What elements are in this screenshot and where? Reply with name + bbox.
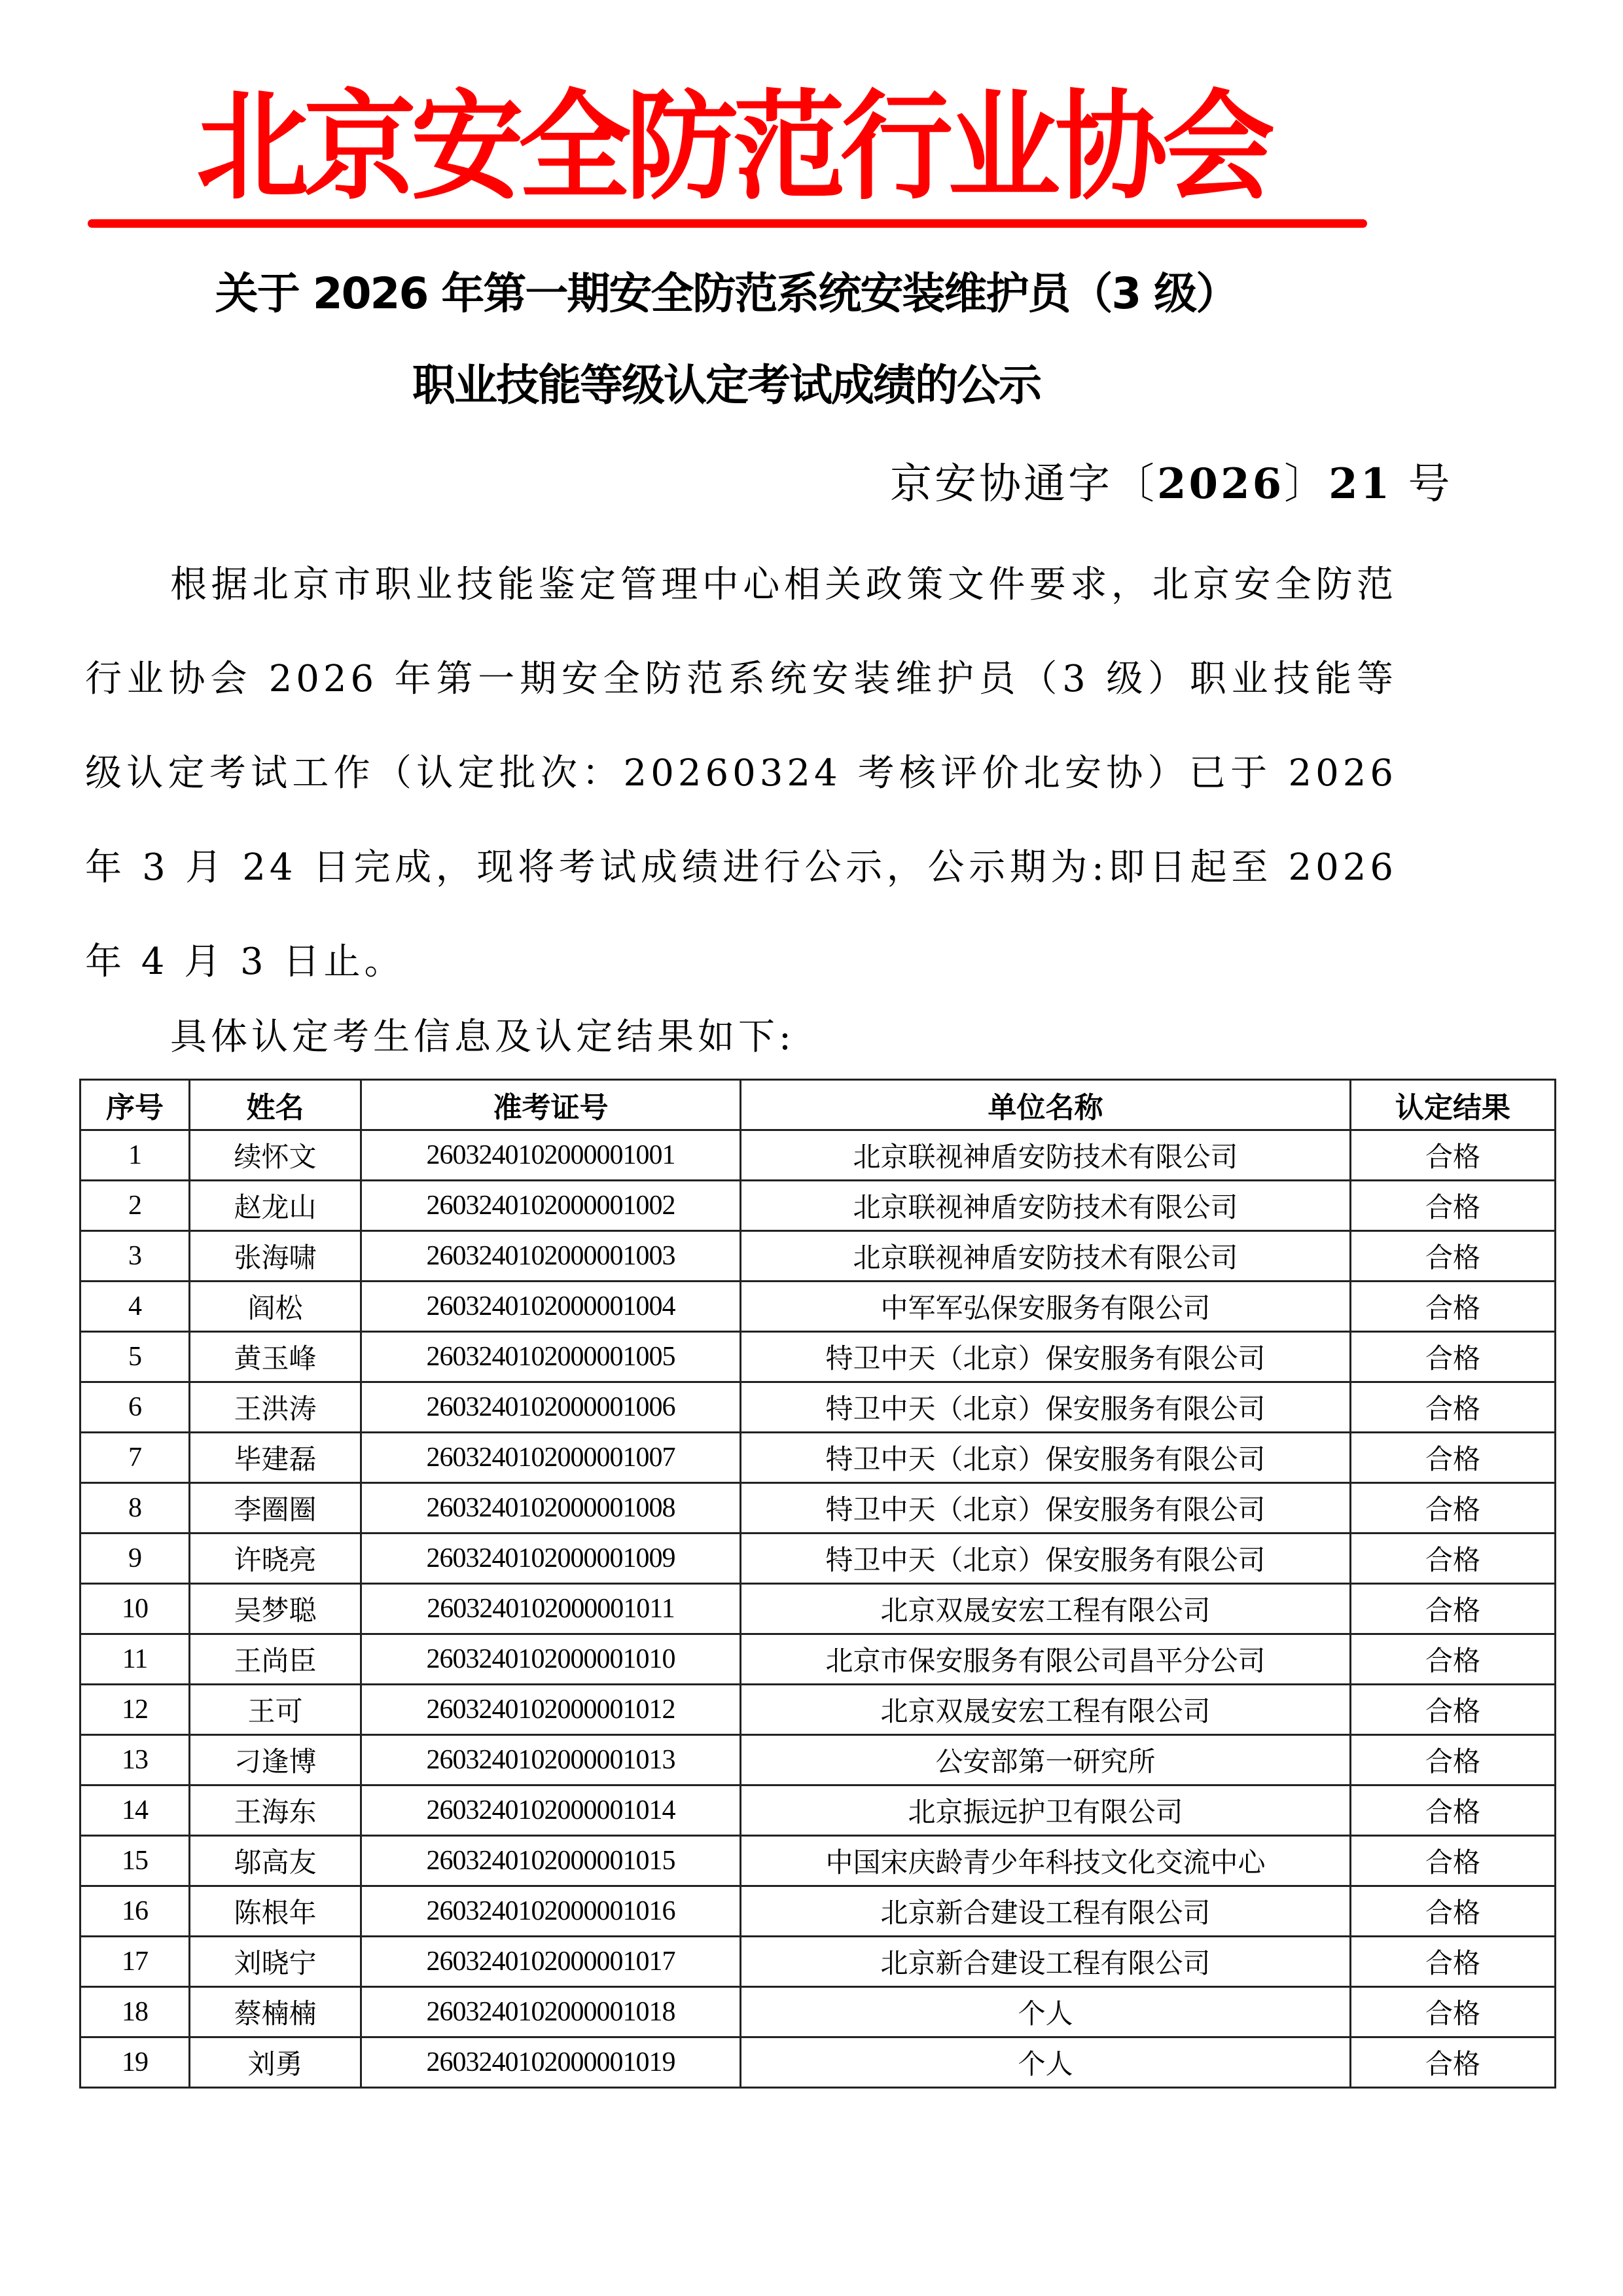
cell-result: 合格 bbox=[1351, 1634, 1556, 1685]
cell-result: 合格 bbox=[1351, 1332, 1556, 1382]
cell-organization: 北京双晟安宏工程有限公司 bbox=[741, 1685, 1351, 1735]
cell-result: 合格 bbox=[1351, 1382, 1556, 1433]
table-row: 7毕建磊2603240102000001007特卫中天（北京）保安服务有限公司合… bbox=[80, 1433, 1556, 1483]
col-header-result: 认定结果 bbox=[1351, 1080, 1556, 1130]
cell-index: 11 bbox=[80, 1634, 190, 1685]
cell-name: 王可 bbox=[190, 1685, 361, 1735]
cell-exam-id: 2603240102000001002 bbox=[361, 1181, 741, 1231]
cell-organization: 北京联视神盾安防技术有限公司 bbox=[741, 1181, 1351, 1231]
cell-result: 合格 bbox=[1351, 1231, 1556, 1282]
cell-organization: 中国宋庆龄青少年科技文化交流中心 bbox=[741, 1836, 1351, 1886]
cell-exam-id: 2603240102000001015 bbox=[361, 1836, 741, 1886]
cell-index: 6 bbox=[80, 1382, 190, 1433]
cell-result: 合格 bbox=[1351, 1483, 1556, 1534]
cell-organization: 特卫中天（北京）保安服务有限公司 bbox=[741, 1534, 1351, 1584]
cell-index: 19 bbox=[80, 2037, 190, 2088]
cell-result: 合格 bbox=[1351, 1987, 1556, 2037]
doc-number-value: 21 bbox=[1329, 459, 1392, 509]
cell-organization: 北京市保安服务有限公司昌平分公司 bbox=[741, 1634, 1351, 1685]
cell-result: 合格 bbox=[1351, 1534, 1556, 1584]
cell-index: 16 bbox=[80, 1886, 190, 1937]
cell-name: 陈根年 bbox=[190, 1886, 361, 1937]
cell-organization: 北京双晟安宏工程有限公司 bbox=[741, 1584, 1351, 1634]
results-table: 序号 姓名 准考证号 单位名称 认定结果 1续怀文260324010200000… bbox=[79, 1079, 1556, 2089]
cell-name: 许晓亮 bbox=[190, 1534, 361, 1584]
cell-name: 刘晓宁 bbox=[190, 1937, 361, 1987]
notice-title-line-1: 关于 2026 年第一期安全防范系统安装维护员（3 级） bbox=[0, 259, 1538, 321]
cell-organization: 特卫中天（北京）保安服务有限公司 bbox=[741, 1483, 1351, 1534]
table-row: 19刘勇2603240102000001019个人合格 bbox=[80, 2037, 1556, 2088]
doc-number-year: 2026 bbox=[1157, 459, 1284, 509]
cell-index: 13 bbox=[80, 1735, 190, 1785]
cell-result: 合格 bbox=[1351, 1181, 1556, 1231]
cell-index: 17 bbox=[80, 1937, 190, 1987]
cell-result: 合格 bbox=[1351, 1282, 1556, 1332]
cell-name: 续怀文 bbox=[190, 1130, 361, 1181]
cell-organization: 北京联视神盾安防技术有限公司 bbox=[741, 1130, 1351, 1181]
table-row: 3张海啸2603240102000001003北京联视神盾安防技术有限公司合格 bbox=[80, 1231, 1556, 1282]
table-row: 8李圈圈2603240102000001008特卫中天（北京）保安服务有限公司合… bbox=[80, 1483, 1556, 1534]
cell-exam-id: 2603240102000001001 bbox=[361, 1130, 741, 1181]
table-row: 14王海东2603240102000001014北京振远护卫有限公司合格 bbox=[80, 1785, 1556, 1836]
cell-exam-id: 2603240102000001008 bbox=[361, 1483, 741, 1534]
table-row: 17刘晓宁2603240102000001017北京新合建设工程有限公司合格 bbox=[80, 1937, 1556, 1987]
cell-result: 合格 bbox=[1351, 1130, 1556, 1181]
cell-organization: 个人 bbox=[741, 1987, 1351, 2037]
cell-exam-id: 2603240102000001013 bbox=[361, 1735, 741, 1785]
cell-index: 7 bbox=[80, 1433, 190, 1483]
cell-exam-id: 2603240102000001003 bbox=[361, 1231, 741, 1282]
cell-exam-id: 2603240102000001019 bbox=[361, 2037, 741, 2088]
doc-number-bracket: 〕 bbox=[1284, 460, 1329, 509]
cell-exam-id: 2603240102000001016 bbox=[361, 1886, 741, 1937]
cell-index: 14 bbox=[80, 1785, 190, 1836]
cell-result: 合格 bbox=[1351, 1584, 1556, 1634]
cell-index: 9 bbox=[80, 1534, 190, 1584]
table-row: 13刁逢博2603240102000001013公安部第一研究所合格 bbox=[80, 1735, 1556, 1785]
table-intro: 具体认定考生信息及认定结果如下: bbox=[170, 1008, 795, 1060]
cell-name: 毕建磊 bbox=[190, 1433, 361, 1483]
cell-index: 15 bbox=[80, 1836, 190, 1886]
cell-exam-id: 2603240102000001018 bbox=[361, 1987, 741, 2037]
notice-title-line-2: 职业技能等级认定考试成绩的公示 bbox=[0, 350, 1538, 412]
document-number: 京安协通字〔2026〕21 号 bbox=[890, 450, 1400, 511]
cell-result: 合格 bbox=[1351, 1937, 1556, 1987]
cell-name: 吴梦聪 bbox=[190, 1584, 361, 1634]
doc-number-suffix: 号 bbox=[1392, 460, 1452, 509]
cell-exam-id: 2603240102000001017 bbox=[361, 1937, 741, 1987]
cell-name: 张海啸 bbox=[190, 1231, 361, 1282]
cell-result: 合格 bbox=[1351, 1785, 1556, 1836]
table-row: 12王可2603240102000001012北京双晟安宏工程有限公司合格 bbox=[80, 1685, 1556, 1735]
cell-organization: 特卫中天（北京）保安服务有限公司 bbox=[741, 1332, 1351, 1382]
cell-name: 阎松 bbox=[190, 1282, 361, 1332]
table-body: 1续怀文2603240102000001001北京联视神盾安防技术有限公司合格2… bbox=[80, 1130, 1556, 2088]
notice-body: 根据北京市职业技能鉴定管理中心相关政策文件要求，北京安全防范行业协会 2026 … bbox=[85, 538, 1397, 1009]
cell-result: 合格 bbox=[1351, 1735, 1556, 1785]
cell-index: 5 bbox=[80, 1332, 190, 1382]
cell-organization: 特卫中天（北京）保安服务有限公司 bbox=[741, 1382, 1351, 1433]
cell-organization: 北京新合建设工程有限公司 bbox=[741, 1937, 1351, 1987]
col-header-exam-id: 准考证号 bbox=[361, 1080, 741, 1130]
cell-exam-id: 2603240102000001011 bbox=[361, 1584, 741, 1634]
table-row: 15邬高友2603240102000001015中国宋庆龄青少年科技文化交流中心… bbox=[80, 1836, 1556, 1886]
cell-exam-id: 2603240102000001007 bbox=[361, 1433, 741, 1483]
cell-index: 3 bbox=[80, 1231, 190, 1282]
cell-name: 李圈圈 bbox=[190, 1483, 361, 1534]
cell-name: 刘勇 bbox=[190, 2037, 361, 2088]
cell-name: 王洪涛 bbox=[190, 1382, 361, 1433]
cell-exam-id: 2603240102000001006 bbox=[361, 1382, 741, 1433]
cell-organization: 中军军弘保安服务有限公司 bbox=[741, 1282, 1351, 1332]
table-row: 2赵龙山2603240102000001002北京联视神盾安防技术有限公司合格 bbox=[80, 1181, 1556, 1231]
cell-name: 王海东 bbox=[190, 1785, 361, 1836]
table-row: 10吴梦聪2603240102000001011北京双晟安宏工程有限公司合格 bbox=[80, 1584, 1556, 1634]
col-header-index: 序号 bbox=[80, 1080, 190, 1130]
cell-name: 黄玉峰 bbox=[190, 1332, 361, 1382]
cell-result: 合格 bbox=[1351, 1886, 1556, 1937]
cell-index: 2 bbox=[80, 1181, 190, 1231]
cell-index: 8 bbox=[80, 1483, 190, 1534]
cell-name: 赵龙山 bbox=[190, 1181, 361, 1231]
cell-organization: 公安部第一研究所 bbox=[741, 1735, 1351, 1785]
cell-exam-id: 2603240102000001010 bbox=[361, 1634, 741, 1685]
cell-name: 刁逢博 bbox=[190, 1735, 361, 1785]
table-row: 18蔡楠楠2603240102000001018个人合格 bbox=[80, 1987, 1556, 2037]
table-row: 5黄玉峰2603240102000001005特卫中天（北京）保安服务有限公司合… bbox=[80, 1332, 1556, 1382]
table-row: 9许晓亮2603240102000001009特卫中天（北京）保安服务有限公司合… bbox=[80, 1534, 1556, 1584]
cell-index: 12 bbox=[80, 1685, 190, 1735]
letterhead-red-rule bbox=[88, 219, 1367, 228]
cell-organization: 北京振远护卫有限公司 bbox=[741, 1785, 1351, 1836]
cell-index: 4 bbox=[80, 1282, 190, 1332]
table-row: 4阎松2603240102000001004中军军弘保安服务有限公司合格 bbox=[80, 1282, 1556, 1332]
cell-name: 蔡楠楠 bbox=[190, 1987, 361, 2037]
doc-number-prefix: 京安协通字〔 bbox=[890, 460, 1157, 509]
organization-letterhead: 北京安全防范行业协会 bbox=[196, 79, 1289, 216]
col-header-name: 姓名 bbox=[190, 1080, 361, 1130]
cell-name: 邬高友 bbox=[190, 1836, 361, 1886]
cell-exam-id: 2603240102000001004 bbox=[361, 1282, 741, 1332]
cell-index: 1 bbox=[80, 1130, 190, 1181]
cell-result: 合格 bbox=[1351, 1836, 1556, 1886]
cell-index: 10 bbox=[80, 1584, 190, 1634]
table-row: 11王尚臣2603240102000001010北京市保安服务有限公司昌平分公司… bbox=[80, 1634, 1556, 1685]
table-row: 1续怀文2603240102000001001北京联视神盾安防技术有限公司合格 bbox=[80, 1130, 1556, 1181]
cell-name: 王尚臣 bbox=[190, 1634, 361, 1685]
cell-index: 18 bbox=[80, 1987, 190, 2037]
cell-result: 合格 bbox=[1351, 1685, 1556, 1735]
body-paragraph: 根据北京市职业技能鉴定管理中心相关政策文件要求，北京安全防范行业协会 2026 … bbox=[85, 538, 1397, 1009]
cell-organization: 个人 bbox=[741, 2037, 1351, 2088]
cell-organization: 北京新合建设工程有限公司 bbox=[741, 1886, 1351, 1937]
table-row: 6王洪涛2603240102000001006特卫中天（北京）保安服务有限公司合… bbox=[80, 1382, 1556, 1433]
cell-exam-id: 2603240102000001012 bbox=[361, 1685, 741, 1735]
cell-result: 合格 bbox=[1351, 2037, 1556, 2088]
cell-result: 合格 bbox=[1351, 1433, 1556, 1483]
table-row: 16陈根年2603240102000001016北京新合建设工程有限公司合格 bbox=[80, 1886, 1556, 1937]
cell-organization: 北京联视神盾安防技术有限公司 bbox=[741, 1231, 1351, 1282]
col-header-organization: 单位名称 bbox=[741, 1080, 1351, 1130]
cell-exam-id: 2603240102000001009 bbox=[361, 1534, 741, 1584]
cell-organization: 特卫中天（北京）保安服务有限公司 bbox=[741, 1433, 1351, 1483]
cell-exam-id: 2603240102000001014 bbox=[361, 1785, 741, 1836]
cell-exam-id: 2603240102000001005 bbox=[361, 1332, 741, 1382]
table-header-row: 序号 姓名 准考证号 单位名称 认定结果 bbox=[80, 1080, 1556, 1130]
